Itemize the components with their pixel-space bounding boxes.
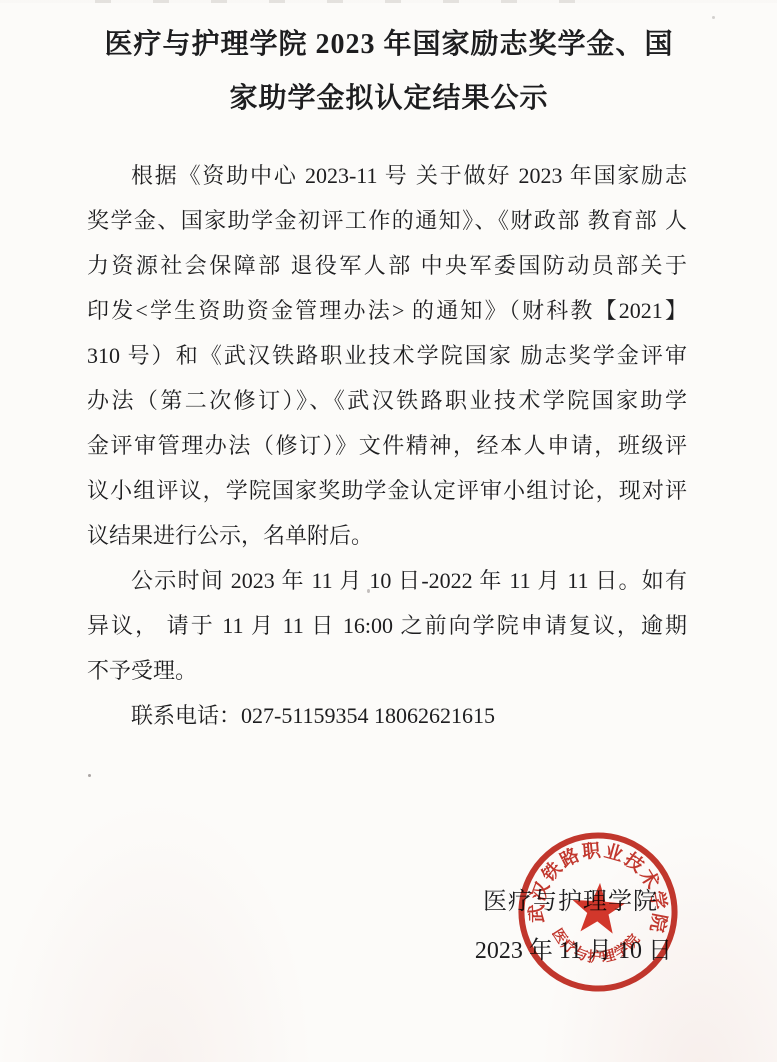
text-line: 办法（第二次修订）》、《武汉铁路职业技术学院国家助学 [87, 378, 687, 423]
scanned-document-page: 医疗与护理学院 2023 年国家励志奖学金、国 家助学金拟认定结果公示 根据《资… [0, 0, 777, 1062]
paragraph-1: 根据《资助中心 2023-11 号 关于做好 2023 年国家励志奖学金、国家助… [87, 153, 687, 558]
text-line: 根据《资助中心 2023-11 号 关于做好 2023 年国家励志 [87, 153, 687, 198]
document-body: 根据《资助中心 2023-11 号 关于做好 2023 年国家励志奖学金、国家助… [87, 153, 687, 738]
seal-bottom-arc-text: 医疗与护理学院 [547, 924, 645, 969]
text-line: 议结果进行公示，名单附后。 [87, 513, 687, 558]
text-line: 不予受理。 [87, 648, 687, 693]
paragraph-3: 联系电话：027-51159354 18062621615 [87, 693, 687, 738]
text-line: 联系电话：027-51159354 18062621615 [87, 693, 687, 738]
paragraph-2: 公示时间 2023 年 11 月 10 日-2022 年 11 月 11 日。如… [87, 558, 687, 693]
text-line: 力资源社会保障部 退役军人部 中央军委国防动员部关于 [87, 243, 687, 288]
document-title-line-2: 家助学金拟认定结果公示 [87, 72, 691, 126]
text-line: 金评审管理办法（修订）》文件精神，经本人申请，班级评 [87, 423, 687, 468]
red-star-icon [570, 881, 626, 934]
scan-speck [712, 16, 715, 19]
scan-edge-artifact [95, 0, 615, 3]
text-line: 310 号）和《武汉铁路职业技术学院国家 励志奖学金评审 [87, 333, 687, 378]
document-title: 医疗与护理学院 2023 年国家励志奖学金、国 家助学金拟认定结果公示 [87, 18, 691, 126]
text-line: 公示时间 2023 年 11 月 10 日-2022 年 11 月 11 日。如… [87, 558, 687, 603]
official-seal: 武汉铁路职业技术学院 医疗与护理学院 [506, 820, 690, 1004]
document-title-line-1: 医疗与护理学院 2023 年国家励志奖学金、国 [87, 18, 691, 72]
text-line: 议小组评议，学院国家奖助学金认定评审小组讨论，现对评 [87, 468, 687, 513]
text-line: 奖学金、国家助学金初评工作的通知》、《财政部 教育部 人 [87, 198, 687, 243]
svg-text:医疗与护理学院: 医疗与护理学院 [547, 924, 645, 969]
text-line: 印发<学生资助资金管理办法> 的通知》（财科教【2021】 [87, 288, 687, 333]
text-line: 异议， 请于 11 月 11 日 16:00 之前向学院申请复议，逾期 [87, 603, 687, 648]
scan-speck [88, 774, 91, 777]
